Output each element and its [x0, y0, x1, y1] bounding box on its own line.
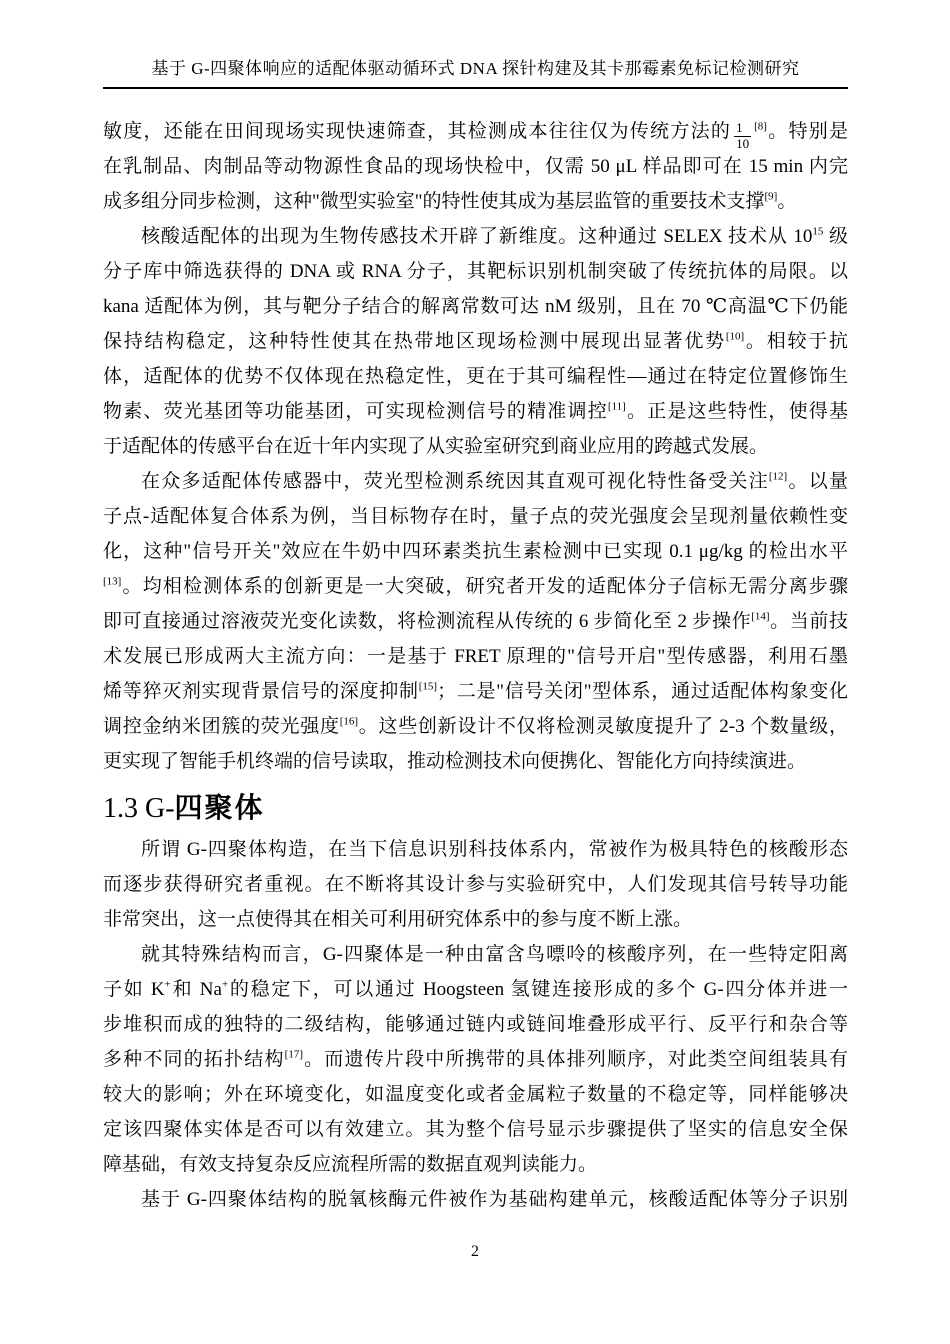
text-line: 非常突出，这一点使得其在相关可利用研究体系中的参与度不断上涨。	[103, 902, 848, 937]
text-line: 在众多适配体传感器中，荧光型检测系统因其直观可视化特性备受关注[12]。以量	[103, 464, 848, 499]
text-run: 非常突出，这一点使得其在相关可利用研究体系中的参与度不断上涨。	[103, 909, 692, 930]
text-run: 。以量	[787, 471, 848, 492]
text-run: 子点-适配体复合体系为例，当目标物存在时，量子点的荧光强度会呈现剂量依赖性变	[103, 506, 848, 527]
text-run: 较大的影响；外在环境变化，如温度变化或者金属粒子数量的不稳定等，同样能够决	[103, 1084, 848, 1105]
text-run: 保持结构稳定，这种特性使其在热带地区现场检测中展现出显著优势	[103, 331, 726, 352]
text-line: 于适配体的传感平台在近十年内实现了从实验室研究到商业应用的跨越式发展。	[103, 429, 848, 464]
section-title-latin: G-	[145, 793, 175, 824]
text-line: [13]。均相检测体系的创新更是一大突破，研究者开发的适配体分子信标无需分离步骤	[103, 569, 848, 604]
text-line: 敏度，还能在田间现场实现快速筛查，其检测成本往往仅为传统方法的110[8]。特别…	[103, 114, 848, 149]
text-run: 。这些创新设计不仅将检测灵敏度提升了 2-3 个数量级，	[358, 716, 848, 737]
section-number: 1.3	[103, 793, 138, 824]
text-line: 障基础，有效支持复杂反应流程所需的数据直观判读能力。	[103, 1147, 848, 1182]
text-line: 基于 G-四聚体结构的脱氧核酶元件被作为基础构建单元，核酸适配体等分子识别	[103, 1182, 848, 1217]
text-line: 较大的影响；外在环境变化，如温度变化或者金属粒子数量的不稳定等，同样能够决	[103, 1077, 848, 1112]
superscript-ref: 15	[812, 226, 823, 238]
text-line: 调控金纳米团簇的荧光强度[16]。这些创新设计不仅将检测灵敏度提升了 2-3 个…	[103, 709, 848, 744]
paragraph: 在众多适配体传感器中，荧光型检测系统因其直观可视化特性备受关注[12]。以量子点…	[103, 464, 848, 779]
text-run: 体，适配体的优势不仅体现在热稳定性，更在于其可编程性—通过在特定位置修饰生	[103, 366, 848, 387]
text-run: 子如 K	[103, 979, 165, 1000]
text-run: 。正是这些特性，使得基	[626, 401, 848, 422]
fraction-numerator: 1	[734, 121, 751, 136]
text-run: 。均相检测体系的创新更是一大突破，研究者开发的适配体分子信标无需分离步骤	[121, 576, 848, 597]
text-line: 更实现了智能手机终端的信号读取，推动检测技术向便携化、智能化方向持续演进。	[103, 744, 848, 779]
text-run: 。当前技	[770, 611, 848, 632]
text-run: 于适配体的传感平台在近十年内实现了从实验室研究到商业应用的跨越式发展。	[103, 436, 768, 457]
paragraph: 核酸适配体的出现为生物传感技术开辟了新维度。这种通过 SELEX 技术从 101…	[103, 219, 848, 464]
section-title-cjk: 四聚体	[175, 792, 265, 823]
text-line: 体，适配体的优势不仅体现在热稳定性，更在于其可编程性—通过在特定位置修饰生	[103, 359, 848, 394]
superscript-ref: [11]	[608, 401, 626, 413]
text-line: 就其特殊结构而言，G-四聚体是一种由富含鸟嘌呤的核酸序列，在一些特定阳离	[103, 937, 848, 972]
text-line: 物素、荧光基团等功能基团，可实现检测信号的精准调控[11]。正是这些特性，使得基	[103, 394, 848, 429]
running-header: 基于 G-四聚体响应的适配体驱动循环式 DNA 探针构建及其卡那霉素免标记检测研…	[103, 58, 848, 89]
text-run: 而逐步获得研究者重视。在不断将其设计参与实验研究中，人们发现其信号转导功能	[103, 874, 848, 895]
text-line: 而逐步获得研究者重视。在不断将其设计参与实验研究中，人们发现其信号转导功能	[103, 867, 848, 902]
superscript-ref: [13]	[103, 576, 121, 588]
paragraph: 基于 G-四聚体结构的脱氧核酶元件被作为基础构建单元，核酸适配体等分子识别	[103, 1182, 848, 1217]
text-run: 在乳制品、肉制品等动物源性食品的现场快检中，仅需 50 μL 样品即可在 15 …	[103, 156, 848, 177]
paragraph: 敏度，还能在田间现场实现快速筛查，其检测成本往往仅为传统方法的110[8]。特别…	[103, 114, 848, 219]
text-line: 保持结构稳定，这种特性使其在热带地区现场检测中展现出显著优势[10]。相较于抗	[103, 324, 848, 359]
superscript-ref: [8]	[754, 121, 767, 133]
text-run: 。而遗传片段中所携带的具体排列顺序，对此类空间组装具有	[303, 1049, 848, 1070]
text-line: 成多组分同步检测，这种"微型实验室"的特性使其成为基层监管的重要技术支撑[9]。	[103, 184, 848, 219]
text-line: 即可直接通过溶液荧光变化读数，将检测流程从传统的 6 步简化至 2 步操作[14…	[103, 604, 848, 639]
text-run: 基于 G-四聚体结构的脱氧核酶元件被作为基础构建单元，核酸适配体等分子识别	[141, 1189, 848, 1210]
text-line: 分子库中筛选获得的 DNA 或 RNA 分子，其靶标识别机制突破了传统抗体的局限…	[103, 254, 848, 289]
text-run: 障基础，有效支持复杂反应流程所需的数据直观判读能力。	[103, 1154, 597, 1175]
section-heading: 1.3G-四聚体	[103, 784, 848, 832]
text-run: ；二是"信号关闭"型体系，通过适配体构象变化	[437, 681, 848, 702]
text-line: 在乳制品、肉制品等动物源性食品的现场快检中，仅需 50 μL 样品即可在 15 …	[103, 149, 848, 184]
page-number: 2	[0, 1243, 950, 1261]
text-run: 就其特殊结构而言，G-四聚体是一种由富含鸟嘌呤的核酸序列，在一些特定阳离	[141, 944, 848, 965]
running-header-title: 基于 G-四聚体响应的适配体驱动循环式 DNA 探针构建及其卡那霉素免标记检测研…	[151, 59, 799, 78]
text-run: 烯等猝灭剂实现背景信号的深度抑制	[103, 681, 419, 702]
text-run: 更实现了智能手机终端的信号读取，推动检测技术向便携化、智能化方向持续演进。	[103, 751, 806, 772]
text-run: 物素、荧光基团等功能基团，可实现检测信号的精准调控	[103, 401, 608, 422]
superscript-ref: [15]	[419, 681, 437, 693]
text-line: 子点-适配体复合体系为例，当目标物存在时，量子点的荧光强度会呈现剂量依赖性变	[103, 499, 848, 534]
paragraph: 所谓 G-四聚体构造，在当下信息识别科技体系内，常被作为极具特色的核酸形态而逐步…	[103, 832, 848, 937]
superscript-ref: [17]	[285, 1049, 303, 1061]
text-line: 步堆积而成的独特的二级结构，能够通过链内或链间堆叠形成平行、反平行和杂合等	[103, 1007, 848, 1042]
text-run: 和 Na	[171, 979, 222, 1000]
text-run: 的稳定下，可以通过 Hoogsteen 氢键连接形成的多个 G-四分体并进一	[228, 979, 848, 1000]
text-line: 核酸适配体的出现为生物传感技术开辟了新维度。这种通过 SELEX 技术从 101…	[103, 219, 848, 254]
text-run: kana 适配体为例，其与靶分子结合的解离常数可达 nM 级别，且在 70 ℃高…	[103, 296, 848, 317]
text-run: 步堆积而成的独特的二级结构，能够通过链内或链间堆叠形成平行、反平行和杂合等	[103, 1014, 848, 1035]
text-line: 所谓 G-四聚体构造，在当下信息识别科技体系内，常被作为极具特色的核酸形态	[103, 832, 848, 867]
document-flow: 敏度，还能在田间现场实现快速筛查，其检测成本往往仅为传统方法的110[8]。特别…	[103, 114, 848, 1217]
text-run: 多种不同的拓扑结构	[103, 1049, 285, 1070]
paragraph: 就其特殊结构而言，G-四聚体是一种由富含鸟嘌呤的核酸序列，在一些特定阳离子如 K…	[103, 937, 848, 1182]
text-run: 术发展已形成两大主流方向：一是基于 FRET 原理的"信号开启"型传感器，利用石…	[103, 646, 848, 667]
text-run: 定该四聚体实体是否可以有效建立。其为整个信号显示步骤提供了坚实的信息安全保	[103, 1119, 848, 1140]
text-line: 子如 K+和 Na+的稳定下，可以通过 Hoogsteen 氢键连接形成的多个 …	[103, 972, 848, 1007]
text-run: 调控金纳米团簇的荧光强度	[103, 716, 340, 737]
text-run: 在众多适配体传感器中，荧光型检测系统因其直观可视化特性备受关注	[141, 471, 769, 492]
text-run: 级	[823, 226, 848, 247]
text-run: 即可直接通过溶液荧光变化读数，将检测流程从传统的 6 步简化至 2 步操作	[103, 611, 751, 632]
text-line: 化，这种"信号开关"效应在牛奶中四环素类抗生素检测中已实现 0.1 μg/kg …	[103, 534, 848, 569]
superscript-ref: [16]	[340, 716, 358, 728]
superscript-ref: [9]	[765, 191, 778, 203]
text-line: 术发展已形成两大主流方向：一是基于 FRET 原理的"信号开启"型传感器，利用石…	[103, 639, 848, 674]
text-run: 分子库中筛选获得的 DNA 或 RNA 分子，其靶标识别机制突破了传统抗体的局限…	[103, 261, 848, 282]
text-run: 成多组分同步检测，这种"微型实验室"的特性使其成为基层监管的重要技术支撑	[103, 191, 765, 212]
superscript-ref: [12]	[769, 471, 787, 483]
superscript-ref: [14]	[751, 611, 769, 623]
fraction: 110	[734, 121, 751, 152]
text-run: 化，这种"信号开关"效应在牛奶中四环素类抗生素检测中已实现 0.1 μg/kg …	[103, 541, 848, 562]
text-run: 核酸适配体的出现为生物传感技术开辟了新维度。这种通过 SELEX 技术从 10	[141, 226, 812, 247]
text-run: 敏度，还能在田间现场实现快速筛查，其检测成本往往仅为传统方法的	[103, 121, 731, 142]
text-line: 烯等猝灭剂实现背景信号的深度抑制[15]；二是"信号关闭"型体系，通过适配体构象…	[103, 674, 848, 709]
text-line: 定该四聚体实体是否可以有效建立。其为整个信号显示步骤提供了坚实的信息安全保	[103, 1112, 848, 1147]
superscript-ref: [10]	[726, 331, 744, 343]
text-run: 。特别是	[767, 121, 848, 142]
text-line: 多种不同的拓扑结构[17]。而遗传片段中所携带的具体排列顺序，对此类空间组装具有	[103, 1042, 848, 1077]
text-run: 所谓 G-四聚体构造，在当下信息识别科技体系内，常被作为极具特色的核酸形态	[141, 839, 848, 860]
text-run: 。相较于抗	[744, 331, 848, 352]
text-run: 。	[777, 191, 796, 212]
text-line: kana 适配体为例，其与靶分子结合的解离常数可达 nM 级别，且在 70 ℃高…	[103, 289, 848, 324]
